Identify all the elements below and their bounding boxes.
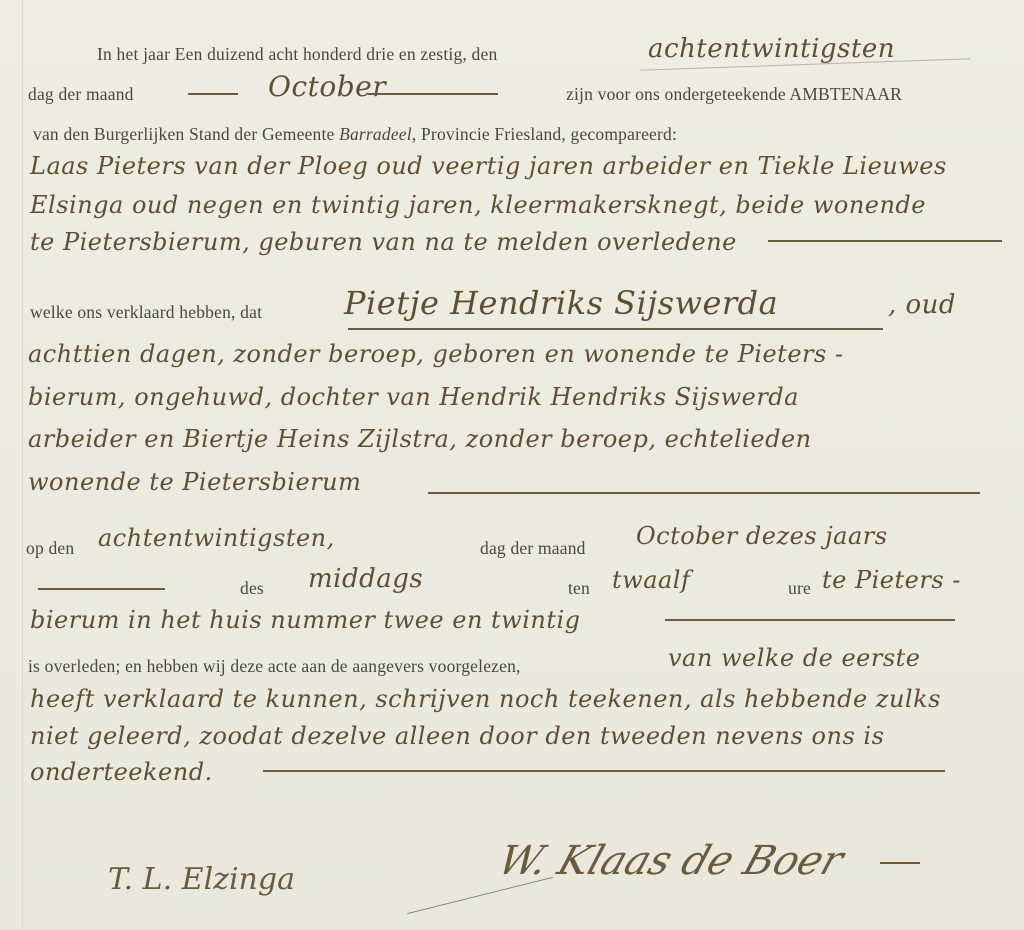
deceased-line-1: achttien dagen, zonder beroep, geboren e… xyxy=(28,340,844,368)
printed-declared: welke ons verklaard hebben, dat xyxy=(30,302,262,323)
document-page: In het jaar Een duizend acht honderd dri… xyxy=(0,0,1024,930)
fill-rule xyxy=(665,619,955,621)
deceased-line-4: wonende te Pietersbierum xyxy=(28,468,361,496)
registration-day: achtentwintigsten xyxy=(648,34,895,64)
printed-line-2b: zijn voor ons ondergeteekende AMBTENAAR xyxy=(566,84,902,105)
deceased-line-2: bierum, ongehuwd, dochter van Hendrik He… xyxy=(28,383,799,411)
declarants-line-2: Elsinga oud negen en twintig jaren, klee… xyxy=(30,191,926,219)
printed-ten: ten xyxy=(568,578,590,599)
fill-rule xyxy=(188,93,238,95)
signature-flourish xyxy=(407,877,553,914)
printed-ure: ure xyxy=(788,578,811,599)
fill-rule xyxy=(428,492,980,494)
name-underline xyxy=(348,328,883,330)
printed-des: des xyxy=(240,578,264,599)
printed-overleden: is overleden; en hebben wij deze acte aa… xyxy=(28,656,521,677)
place-2: bierum in het huis nummer twee en twinti… xyxy=(30,606,581,634)
municipality-name: Barradeel xyxy=(339,124,412,144)
after-name: , oud xyxy=(888,290,956,320)
declarant-signature: T. L. Elzinga xyxy=(108,862,295,897)
death-day: achtentwintigsten, xyxy=(98,524,335,552)
death-month: October dezes jaars xyxy=(636,522,888,550)
declarants-line-1: Laas Pieters van der Ploeg oud veertig j… xyxy=(30,152,947,180)
deceased-name: Pietje Hendriks Sijswerda xyxy=(344,284,778,322)
closing-2: heeft verklaard te kunnen, schrijven noc… xyxy=(30,685,941,713)
fill-rule xyxy=(368,93,498,95)
place-1: te Pieters - xyxy=(822,566,961,594)
closing-3: niet geleerd, zoodat dezelve alleen door… xyxy=(30,722,884,750)
registration-month: October xyxy=(268,70,386,103)
deceased-line-3: arbeider en Biertje Heins Zijlstra, zond… xyxy=(28,425,812,453)
printed-dag-der-maand-2: dag der maand xyxy=(480,538,586,559)
fill-rule xyxy=(38,588,165,590)
declarants-line-3: te Pietersbierum, geburen van na te meld… xyxy=(30,228,737,256)
printed-op-den: op den xyxy=(26,538,74,559)
official-signature: W. Klaas de Boer xyxy=(493,838,849,884)
signature-dash xyxy=(880,862,920,864)
fill-rule xyxy=(768,240,1002,242)
printed-dag-der-maand: dag der maand xyxy=(28,84,134,105)
closing-1: van welke de eerste xyxy=(668,644,921,672)
printed-line-1: In het jaar Een duizend acht honderd dri… xyxy=(97,44,497,65)
fill-rule xyxy=(263,770,945,772)
time-of-day: middags xyxy=(308,564,423,594)
printed-line-3: van den Burgerlijken Stand der Gemeente … xyxy=(33,124,677,145)
hour: twaalf xyxy=(612,566,690,594)
margin-line xyxy=(22,0,23,930)
closing-4: onderteekend. xyxy=(30,758,213,786)
